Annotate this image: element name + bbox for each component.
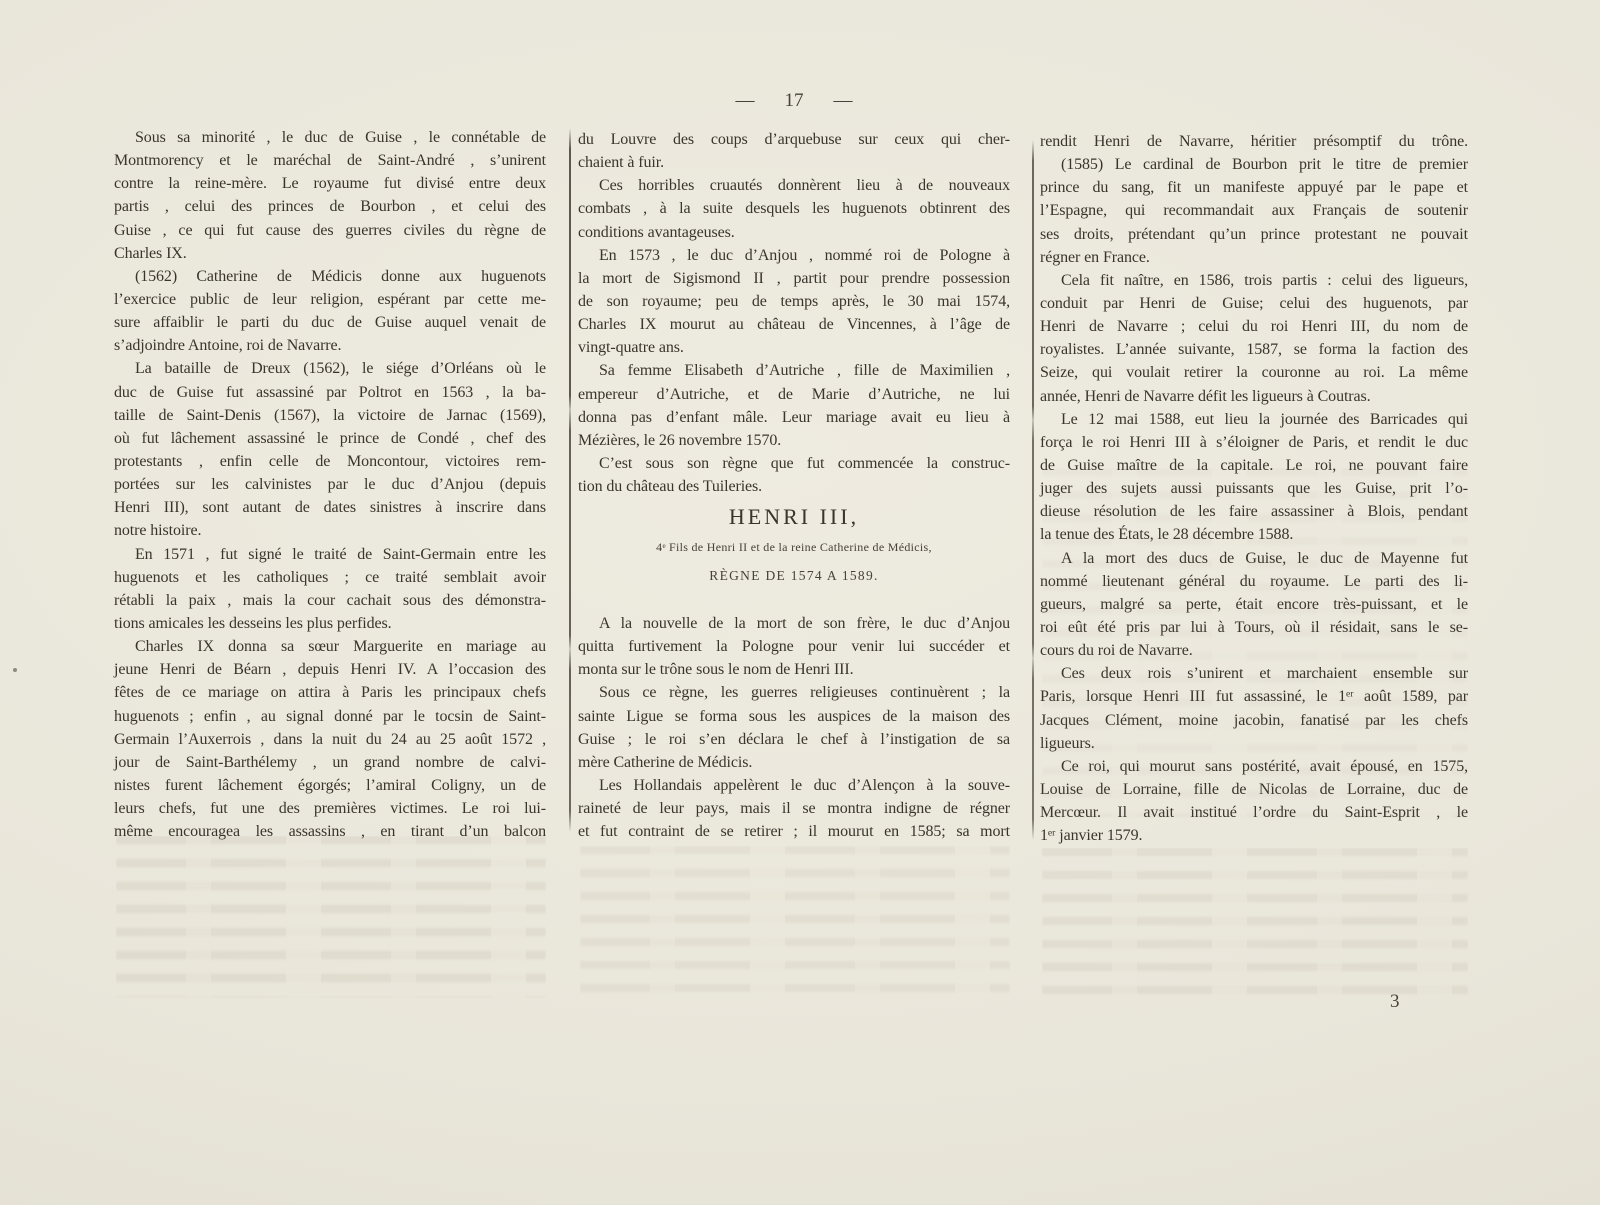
text-line: royalistes. L’année suivante, 1587, se f… xyxy=(1040,338,1468,361)
text-line: rendit Henri de Navarre, héritier présom… xyxy=(1040,130,1468,153)
text-line: Ces horribles cruautés donnèrent lieu à … xyxy=(578,174,1010,197)
text-line: La bataille de Dreux (1562), le siége d’… xyxy=(114,357,546,380)
text-line: contre la reine-mère. Le royaume fut div… xyxy=(114,172,546,195)
text-line: tion du château des Tuileries. xyxy=(578,475,1010,498)
column-separator-rule-right xyxy=(1032,140,1034,840)
text-line: A la nouvelle de la mort de son frère, l… xyxy=(578,612,1010,635)
text-line: Sa femme Elisabeth d’Autriche , fille de… xyxy=(578,359,1010,382)
text-line: rétabli la paix , mais la cour cachait s… xyxy=(114,589,546,612)
text-line: Le 12 mai 1588, eut lieu la journée des … xyxy=(1040,408,1468,431)
text-line: conditions avantageuses. xyxy=(578,221,1010,244)
text-line: donna pas d’enfant mâle. Leur mariage av… xyxy=(578,406,1010,429)
text-line: la mort de Sigismond II , partit pour pr… xyxy=(578,267,1010,290)
text-line: Germain l’Auxerrois , dans la nuit du 24… xyxy=(114,728,546,751)
text-line: prince du sang, fit un manifeste appuyé … xyxy=(1040,176,1468,199)
text-line: 1er janvier 1579. xyxy=(1040,824,1468,847)
text-line: Mézières, le 26 novembre 1570. xyxy=(578,429,1010,452)
text-line: (1585) Le cardinal de Bourbon prit le ti… xyxy=(1040,153,1468,176)
text-line: Guise ; le roi s’en déclara le chef à l’… xyxy=(578,728,1010,751)
section-title: HENRI III, xyxy=(578,503,1010,531)
text-line: Charles IX donna sa sœur Marguerite en m… xyxy=(114,635,546,658)
text-column-middle-lower: A la nouvelle de la mort de son frère, l… xyxy=(578,612,1010,843)
text-line: (1562) Catherine de Médicis donne aux hu… xyxy=(114,265,546,288)
text-line: Cela fit naître, en 1586, trois partis :… xyxy=(1040,269,1468,292)
text-line: année, Henri de Navarre défit les ligueu… xyxy=(1040,385,1468,408)
text-line: Guise , ce qui fut cause des guerres civ… xyxy=(114,219,546,242)
page-number: 17 xyxy=(785,90,804,112)
text-line: protestants , enfin celle de Moncontour,… xyxy=(114,450,546,473)
text-line: huguenots ; enfin , au signal donné par … xyxy=(114,705,546,728)
text-line: combats , à la suite desquels les huguen… xyxy=(578,197,1010,220)
text-line: raineté de leur pays, mais il se montra … xyxy=(578,797,1010,820)
verso-bleedthrough-left xyxy=(116,836,546,998)
text-line: Charles IX. xyxy=(114,242,546,265)
scanned-book-page: — 17 — Sous sa minorité , le duc de Guis… xyxy=(0,0,1600,1205)
text-line: s’adjoindre Antoine, roi de Navarre. xyxy=(114,334,546,357)
text-line: sainte Ligue se forma sous les auspices … xyxy=(578,705,1010,728)
text-line: mère Catherine de Médicis. xyxy=(578,751,1010,774)
column-separator-rule-left xyxy=(569,128,571,832)
text-line: Sous ce règne, les guerres religieuses c… xyxy=(578,681,1010,704)
text-line: tions amicales les desseins les plus per… xyxy=(114,612,546,635)
text-line: Seize, qui voulait retirer la couronne a… xyxy=(1040,361,1468,384)
text-line: nistes furent lâchement égorgés; l’amira… xyxy=(114,774,546,797)
text-line: empereur d’Autriche, et de Marie d’Autri… xyxy=(578,383,1010,406)
text-line: où fut lâchement assassiné le prince de … xyxy=(114,427,546,450)
text-line: força le roi Henri III à s’éloigner de P… xyxy=(1040,431,1468,454)
verso-bleedthrough-right-upper xyxy=(1042,468,1468,818)
text-line: chaient à fuir. xyxy=(578,151,1010,174)
text-line: leurs chefs, fut une des premières victi… xyxy=(114,797,546,820)
text-line: En 1573 , le duc d’Anjou , nommé roi de … xyxy=(578,244,1010,267)
section-reign-dates: RÈGNE DE 1574 A 1589. xyxy=(578,568,1010,584)
text-line: de son royaume; peu de temps après, le 3… xyxy=(578,290,1010,313)
text-line: Sous sa minorité , le duc de Guise , le … xyxy=(114,126,546,149)
text-line: taille de Saint-Denis (1567), la victoir… xyxy=(114,404,546,427)
text-line: Henri III), sont autant de dates sinistr… xyxy=(114,496,546,519)
header-dash-right: — xyxy=(834,90,853,112)
section-subtitle: 4e Fils de Henri II et de la reine Cathe… xyxy=(578,540,1010,555)
text-line: du Louvre des coups d’arquebuse sur ceux… xyxy=(578,128,1010,151)
text-line: monta sur le trône sous le nom de Henri … xyxy=(578,658,1010,681)
text-line: l’exercice public de leur religion, espé… xyxy=(114,288,546,311)
text-line: et fut contraint de se retirer ; il mour… xyxy=(578,820,1010,843)
text-line: C’est sous son règne que fut commencée l… xyxy=(578,452,1010,475)
verso-bleedthrough-middle xyxy=(580,846,1010,994)
page-header: — 17 — xyxy=(578,90,1010,112)
stray-ink-dot xyxy=(13,668,17,672)
text-line: jour de Saint-Barthélemy , un grand nomb… xyxy=(114,751,546,774)
text-line: partis , celui des princes de Bourbon , … xyxy=(114,195,546,218)
text-line: jeune Henri de Béarn , depuis Henri IV. … xyxy=(114,658,546,681)
text-line: ses droits, prétendant qu’un prince prot… xyxy=(1040,223,1468,246)
section-heading-henri-iii: HENRI III, 4e Fils de Henri II et de la … xyxy=(578,503,1010,584)
text-line: Henri de Navarre ; celui du roi Henri II… xyxy=(1040,315,1468,338)
text-line: En 1571 , fut signé le traité de Saint-G… xyxy=(114,543,546,566)
text-line: régner en France. xyxy=(1040,246,1468,269)
text-line: huguenots et les catholiques ; ce traité… xyxy=(114,566,546,589)
header-dash-left: — xyxy=(736,90,755,112)
text-line: l’Espagne, qui recommandait aux Français… xyxy=(1040,199,1468,222)
text-line: notre histoire. xyxy=(114,519,546,542)
text-column-left: Sous sa minorité , le duc de Guise , le … xyxy=(114,126,546,843)
text-line: fêtes de ce mariage on attira à Paris le… xyxy=(114,681,546,704)
text-line: Charles IX mourut au château de Vincenne… xyxy=(578,313,1010,336)
text-line: sure affaiblir le parti du duc de Guise … xyxy=(114,311,546,334)
text-line: Les Hollandais appelèrent le duc d’Alenç… xyxy=(578,774,1010,797)
verso-bleedthrough-right-lower xyxy=(1042,848,1468,998)
text-line: conduit par Henri de Guise; celui des hu… xyxy=(1040,292,1468,315)
text-line: quitta furtivement la Pologne pour venir… xyxy=(578,635,1010,658)
signature-mark: 3 xyxy=(1390,991,1400,1013)
text-column-middle-upper: du Louvre des coups d’arquebuse sur ceux… xyxy=(578,128,1010,498)
text-line: portées sur les calvinistes par le duc d… xyxy=(114,473,546,496)
text-line: duc de Guise fut assassiné par Poltrot e… xyxy=(114,381,546,404)
text-line: vingt-quatre ans. xyxy=(578,336,1010,359)
text-line: Montmorency et le maréchal de Saint-Andr… xyxy=(114,149,546,172)
